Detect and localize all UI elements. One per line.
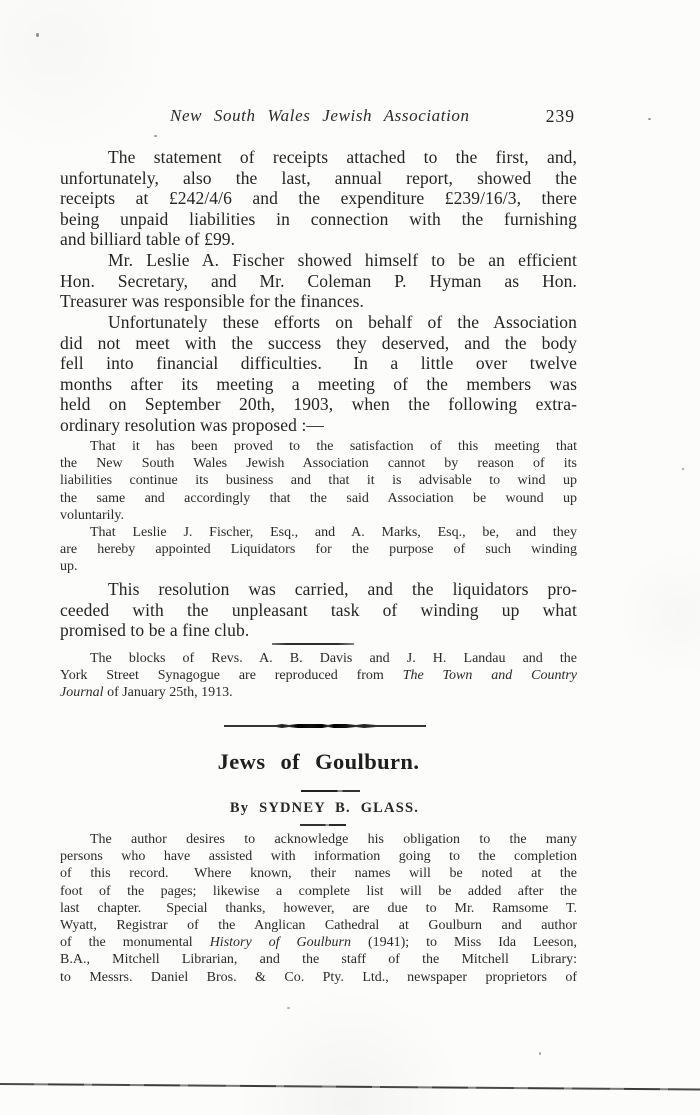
resolution-clause-2: That Leslie J. Fischer, Esq., and A. Mar… [60, 524, 577, 576]
text-line: did not meet with the success they deser… [60, 333, 577, 354]
running-header-title: New South Wales Jewish Association [170, 106, 470, 125]
title-underline-rule [301, 790, 360, 792]
text-line: unfortunately, also the last, annual rep… [60, 168, 577, 189]
text-line: York Street Synagogue are reproduced fro… [60, 667, 577, 684]
text-line: held on September 20th, 1903, when the f… [60, 394, 577, 415]
text-line: being unpaid liabilities in connection w… [60, 209, 577, 230]
paragraph-carried: This resolution was carried, and the liq… [60, 579, 577, 641]
text-line: Unfortunately these efforts on behalf of… [60, 312, 577, 333]
article-end-ornament [224, 723, 426, 729]
text-line: Wyatt, Registrar of the Anglican Cathedr… [60, 917, 577, 934]
text-line: That it has been proved to the satisfact… [60, 438, 577, 455]
text-line: the same and accordingly that the said A… [60, 490, 577, 507]
ornament-center-blotch [276, 724, 376, 728]
scanned-book-page: New South Wales Jewish Association 239 T… [0, 0, 700, 1115]
blocks-credit-note: The blocks of Revs. A. B. Davis and J. H… [60, 650, 577, 702]
text-line: Journal of January 25th, 1913. [60, 684, 577, 701]
text-line: ordinary resolution was proposed :— [60, 415, 577, 436]
text-line: receipts at £242/4/6 and the expenditure… [60, 188, 577, 209]
scan-speck [287, 1007, 290, 1009]
text-line: Treasurer was responsible for the financ… [60, 291, 577, 312]
text-line: months after its meeting a meeting of th… [60, 374, 577, 395]
text-line: The statement of receipts attached to th… [60, 147, 577, 168]
text-line: of the monumental History of Goulburn (1… [60, 934, 577, 951]
text-line: voluntarily. [60, 507, 577, 524]
text-line: of this record. Where known, their names… [60, 865, 577, 882]
resolution-clause-1: That it has been proved to the satisfact… [60, 438, 577, 524]
paragraph-difficulties: Unfortunately these efforts on behalf of… [60, 312, 577, 436]
scan-speck [648, 118, 651, 120]
paragraph-receipts: The statement of receipts attached to th… [60, 147, 577, 250]
text-line: liabilities continue its business and th… [60, 472, 577, 489]
text-line: fell into financial difficulties. In a l… [60, 353, 577, 374]
running-header: New South Wales Jewish Association 239 [60, 106, 577, 128]
text-line: ceeded with the unpleasant task of windi… [60, 600, 577, 621]
paragraph-officers: Mr. Leslie A. Fischer showed himself to … [60, 250, 577, 312]
text-line: B.A., Mitchell Librarian, and the staff … [60, 951, 577, 968]
page-number: 239 [546, 106, 575, 127]
byline-underline-rule [300, 824, 346, 826]
text-line: are hereby appointed Liquidators for the… [60, 541, 577, 558]
article-byline: By SYDNEY B. GLASS. [66, 800, 583, 817]
section-divider-rule [272, 643, 354, 645]
text-line: promised to be a fine club. [60, 620, 577, 641]
text-line: Hon. Secretary, and Mr. Coleman P. Hyman… [60, 271, 577, 292]
text-line: up. [60, 558, 577, 575]
paragraph-acknowledgements: The author desires to acknowledge his ob… [60, 831, 577, 986]
text-line: The author desires to acknowledge his ob… [60, 831, 577, 848]
text-line: That Leslie J. Fischer, Esq., and A. Mar… [60, 524, 577, 541]
text-line: to Messrs. Daniel Bros. & Co. Pty. Ltd.,… [60, 969, 577, 986]
scan-speck [539, 1052, 541, 1055]
text-line: persons who have assisted with informati… [60, 848, 577, 865]
text-line: This resolution was carried, and the liq… [60, 579, 577, 600]
scan-speck [154, 135, 157, 137]
text-line: the New South Wales Jewish Association c… [60, 455, 577, 472]
page-edge-scan-line [0, 1083, 700, 1091]
text-line: last chapter. Special thanks, however, a… [60, 900, 577, 917]
scan-speck [682, 468, 684, 470]
scan-speck [36, 33, 39, 37]
text-line: and billiard table of £99. [60, 229, 577, 250]
article-title: Jews of Goulburn. [60, 749, 577, 775]
text-line: foot of the pages; likewise a complete l… [60, 883, 577, 900]
text-line: The blocks of Revs. A. B. Davis and J. H… [60, 650, 577, 667]
text-line: Mr. Leslie A. Fischer showed himself to … [60, 250, 577, 271]
